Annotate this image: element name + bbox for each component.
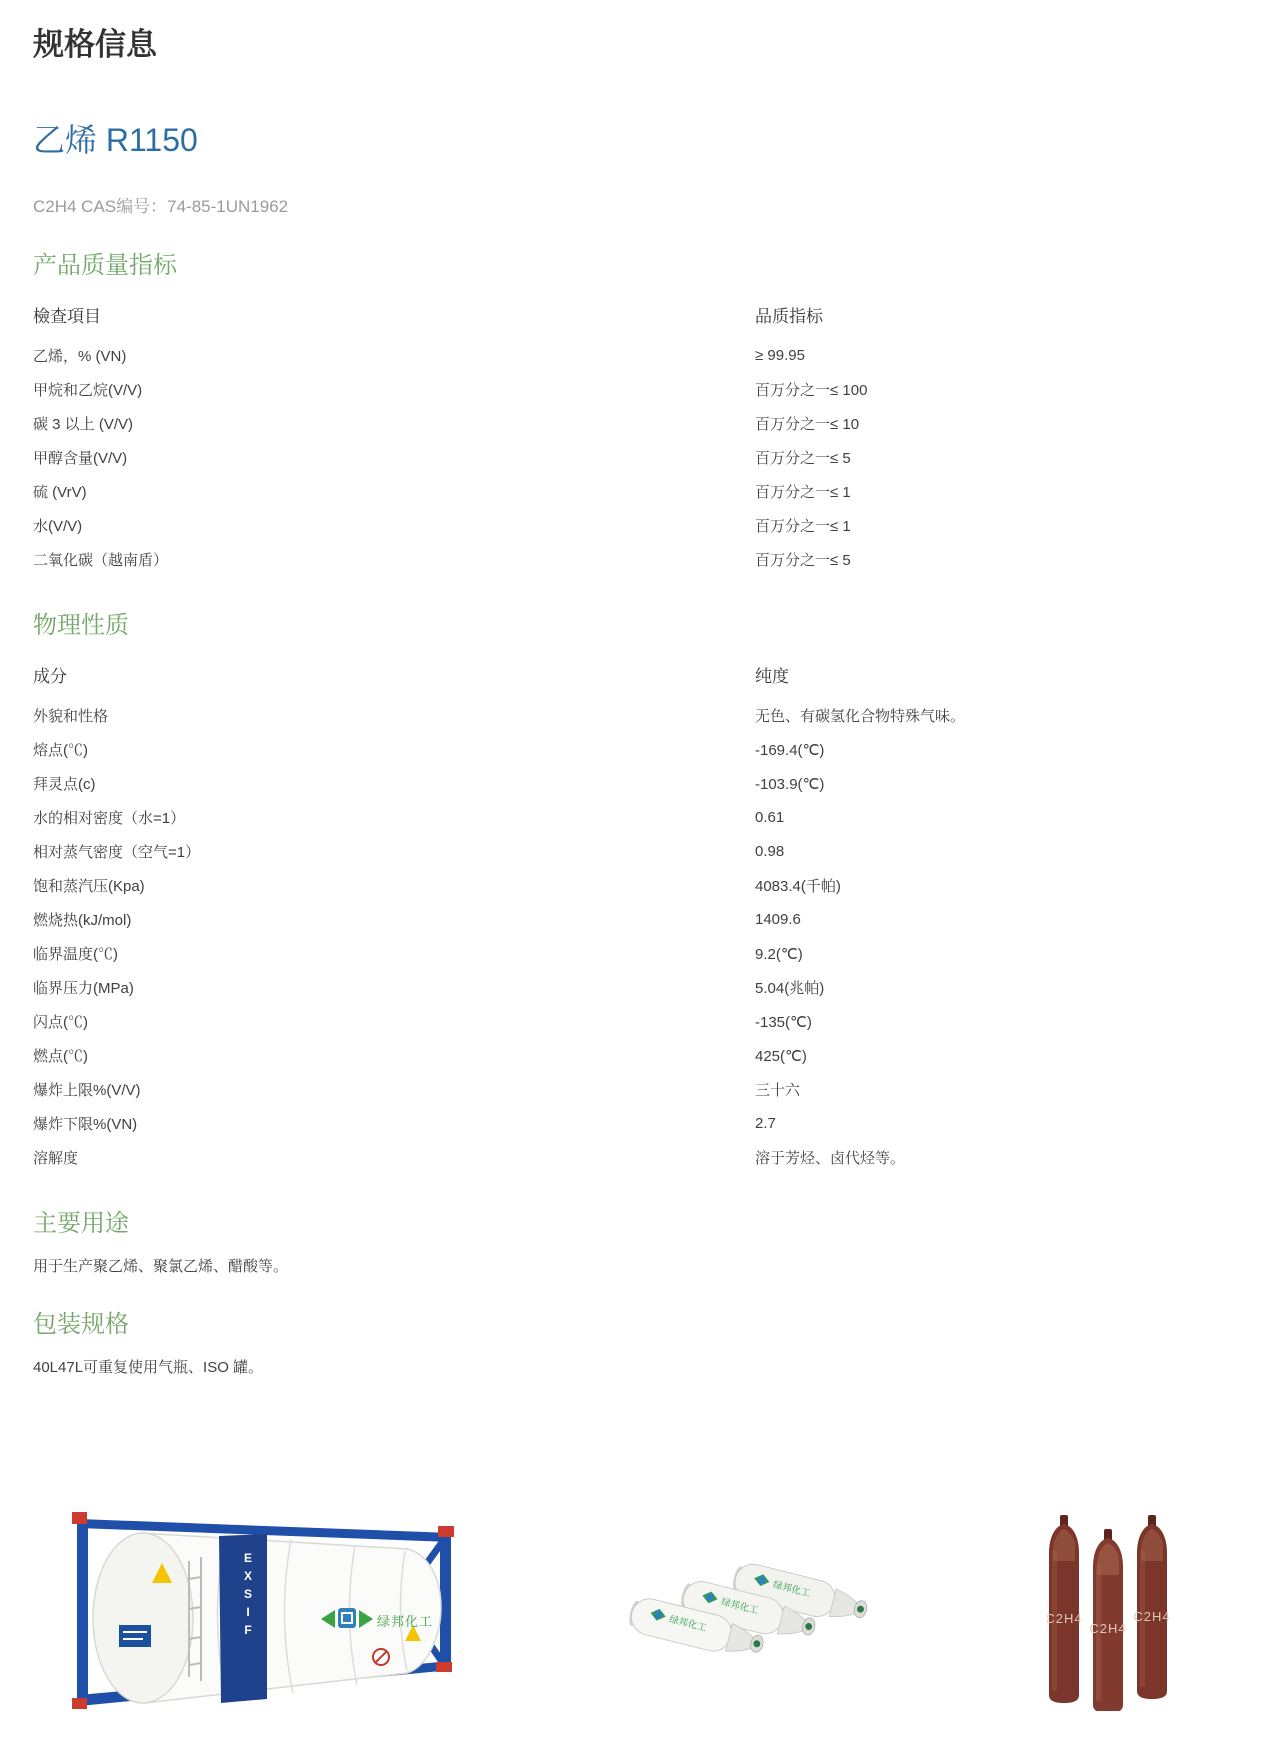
physical-item-cell: 燃烧热(kJ/mol) — [33, 909, 755, 930]
quality-value-cell: 百万分之一≤ 5 — [755, 447, 1231, 468]
c2h4-label: C2H4 — [1089, 1621, 1126, 1636]
physical-value-cell: 三十六 — [755, 1079, 1231, 1100]
tall-cylinders-illustration: C2H4 C2H4 C2H4 — [1047, 1513, 1177, 1711]
tank-frame-left-post — [77, 1521, 88, 1703]
quality-value-cell: 百万分之一≤ 10 — [755, 413, 1231, 434]
quality-item-cell: 硫 (VrV) — [33, 481, 755, 502]
table-row: 饱和蒸汽压(Kpa) 4083.4(千帕) — [33, 869, 1231, 903]
physical-table: 成分 纯度 外貌和性格 无色、有碳氢化合物特殊气味。 熔点(℃) -169.4(… — [33, 651, 1231, 1175]
corner-casting — [436, 1662, 452, 1672]
table-row: 闪点(℃) -135(℃) — [33, 1005, 1231, 1039]
corner-casting — [72, 1512, 87, 1524]
packaging-text: 40L47L可重复使用气瓶、ISO 罐。 — [33, 1356, 1231, 1377]
table-row: 甲醇含量(V/V) 百万分之一≤ 5 — [33, 441, 1231, 475]
table-row: 水(V/V) 百万分之一≤ 1 — [33, 509, 1231, 543]
product-name: 乙烯 R1150 — [33, 121, 1231, 159]
quality-value-cell: 百万分之一≤ 5 — [755, 549, 1231, 570]
small-cylinders-illustration: 绿邦化工 绿邦化工 — [629, 1557, 889, 1665]
small-cylinders-image: 绿邦化工 绿邦化工 — [629, 1557, 889, 1670]
corner-casting — [438, 1526, 454, 1537]
section-heading-quality: 产品质量指标 — [33, 251, 1231, 281]
quality-value-cell: 百万分之一≤ 1 — [755, 515, 1231, 536]
physical-item-cell: 水的相对密度（水=1） — [33, 807, 755, 828]
tank-frame-right-post — [440, 1535, 451, 1668]
table-row: 甲烷和乙烷(V/V) 百万分之一≤ 100 — [33, 373, 1231, 407]
quality-item-cell: 二氧化碳（越南盾） — [33, 549, 755, 570]
table-row: 熔点(℃) -169.4(℃) — [33, 733, 1231, 767]
quality-header-row: 檢查項目 品质指标 — [33, 291, 1231, 339]
quality-value-cell: 百万分之一≤ 100 — [755, 379, 1231, 400]
table-row: 水的相对密度（水=1） 0.61 — [33, 801, 1231, 835]
table-row: 溶解度 溶于芳烃、卤代烃等。 — [33, 1141, 1231, 1175]
product-images-row: 绿邦化工 EXSIF 绿邦化工 — [33, 1505, 1231, 1716]
physical-value-cell: 425(℃) — [755, 1047, 1231, 1065]
physical-item-cell: 外貌和性格 — [33, 705, 755, 726]
tall-cylinders-image: C2H4 C2H4 C2H4 — [1047, 1513, 1177, 1716]
iso-tank-image: 绿邦化工 EXSIF — [69, 1505, 461, 1716]
physical-value-cell: 0.61 — [755, 809, 1231, 826]
c2h4-label: C2H4 — [1047, 1611, 1083, 1626]
quality-table: 檢查項目 品质指标 乙烯，% (VN) ≥ 99.95 甲烷和乙烷(V/V) 百… — [33, 291, 1231, 577]
c2h4-label: C2H4 — [1133, 1609, 1170, 1624]
table-row: 硫 (VrV) 百万分之一≤ 1 — [33, 475, 1231, 509]
tank-head — [93, 1533, 193, 1703]
physical-header-row: 成分 纯度 — [33, 651, 1231, 699]
physical-value-cell: 2.7 — [755, 1115, 1231, 1132]
section-heading-uses: 主要用途 — [33, 1209, 1231, 1239]
physical-value-cell: 5.04(兆帕) — [755, 977, 1231, 998]
section-heading-physical: 物理性质 — [33, 611, 1231, 641]
table-row: 爆炸上限%(V/V) 三十六 — [33, 1073, 1231, 1107]
quality-item-cell: 甲醇含量(V/V) — [33, 447, 755, 468]
physical-item-cell: 燃点(℃) — [33, 1045, 755, 1066]
physical-item-cell: 拜灵点(c) — [33, 773, 755, 794]
quality-col-item: 檢查項目 — [33, 302, 755, 327]
physical-item-cell: 临界压力(MPa) — [33, 977, 755, 998]
physical-value-cell: 溶于芳烃、卤代烃等。 — [755, 1147, 1231, 1168]
spec-page: 规格信息 乙烯 R1150 C2H4 CAS编号：74-85-1UN1962 产… — [0, 0, 1264, 1752]
physical-value-cell: 0.98 — [755, 843, 1231, 860]
physical-value-cell: -103.9(℃) — [755, 775, 1231, 793]
head-label-plate — [119, 1625, 151, 1647]
section-heading-packaging: 包装规格 — [33, 1310, 1231, 1340]
c2h4-cylinder: C2H4 — [1089, 1529, 1126, 1711]
physical-item-cell: 相对蒸气密度（空气=1） — [33, 841, 755, 862]
physical-item-cell: 临界温度(℃) — [33, 943, 755, 964]
table-row: 碳 3 以上 (V/V) 百万分之一≤ 10 — [33, 407, 1231, 441]
physical-item-cell: 爆炸下限%(VN) — [33, 1113, 755, 1134]
physical-item-cell: 溶解度 — [33, 1147, 755, 1168]
c2h4-cylinder: C2H4 — [1133, 1515, 1170, 1699]
physical-item-cell: 爆炸上限%(V/V) — [33, 1079, 755, 1100]
table-row: 临界压力(MPa) 5.04(兆帕) — [33, 971, 1231, 1005]
physical-item-cell: 熔点(℃) — [33, 739, 755, 760]
table-row: 相对蒸气密度（空气=1） 0.98 — [33, 835, 1231, 869]
tank-brand-text: 绿邦化工 — [377, 1614, 433, 1629]
physical-col-value: 纯度 — [755, 662, 1231, 687]
physical-value-cell: -135(℃) — [755, 1013, 1231, 1031]
corner-casting — [72, 1698, 87, 1709]
table-row: 乙烯，% (VN) ≥ 99.95 — [33, 339, 1231, 373]
uses-text: 用于生产聚乙烯、聚氯乙烯、醋酸等。 — [33, 1255, 1231, 1276]
table-row: 外貌和性格 无色、有碳氢化合物特殊气味。 — [33, 699, 1231, 733]
quality-item-cell: 乙烯，% (VN) — [33, 345, 755, 366]
table-row: 二氧化碳（越南盾） 百万分之一≤ 5 — [33, 543, 1231, 577]
quality-item-cell: 碳 3 以上 (V/V) — [33, 413, 755, 434]
quality-value-cell: 百万分之一≤ 1 — [755, 481, 1231, 502]
c2h4-cylinder: C2H4 — [1047, 1515, 1083, 1703]
brand-mark-icon — [338, 1608, 356, 1628]
physical-value-cell: 无色、有碳氢化合物特殊气味。 — [755, 705, 1231, 726]
exsif-vertical-label: EXSIF — [229, 1551, 255, 1641]
quality-value-cell: ≥ 99.95 — [755, 347, 1231, 364]
quality-col-value: 品质指标 — [755, 302, 1231, 327]
product-cas-line: C2H4 CAS编号：74-85-1UN1962 — [33, 192, 1231, 217]
physical-value-cell: 4083.4(千帕) — [755, 875, 1231, 896]
table-row: 燃点(℃) 425(℃) — [33, 1039, 1231, 1073]
table-row: 临界温度(℃) 9.2(℃) — [33, 937, 1231, 971]
physical-value-cell: 9.2(℃) — [755, 945, 1231, 963]
page-title: 规格信息 — [33, 26, 1231, 63]
physical-item-cell: 闪点(℃) — [33, 1011, 755, 1032]
physical-item-cell: 饱和蒸汽压(Kpa) — [33, 875, 755, 896]
table-row: 爆炸下限%(VN) 2.7 — [33, 1107, 1231, 1141]
iso-tank-illustration: 绿邦化工 — [69, 1505, 461, 1711]
physical-value-cell: 1409.6 — [755, 911, 1231, 928]
physical-value-cell: -169.4(℃) — [755, 741, 1231, 759]
table-row: 拜灵点(c) -103.9(℃) — [33, 767, 1231, 801]
quality-item-cell: 甲烷和乙烷(V/V) — [33, 379, 755, 400]
table-row: 燃烧热(kJ/mol) 1409.6 — [33, 903, 1231, 937]
quality-item-cell: 水(V/V) — [33, 515, 755, 536]
physical-col-item: 成分 — [33, 662, 755, 687]
